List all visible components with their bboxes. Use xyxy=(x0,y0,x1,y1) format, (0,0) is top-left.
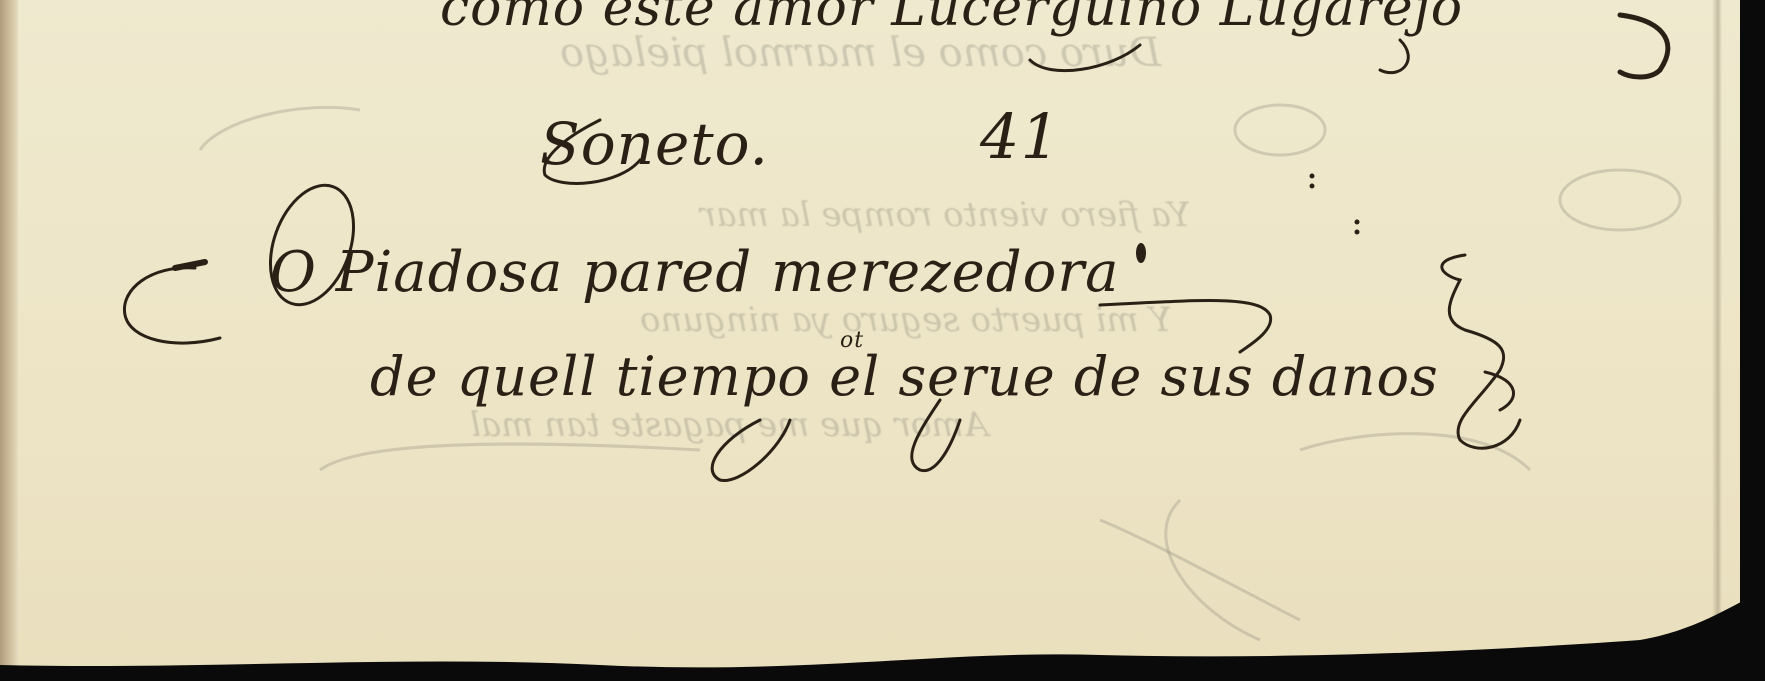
verse-line-2: de quell tiempo el serue de sus danos xyxy=(370,345,1439,408)
paper-sheet xyxy=(0,0,1740,681)
verse-line-1: O Piadosa pared merezedora xyxy=(270,240,1119,305)
page-edge-shadow xyxy=(1712,0,1722,640)
bleed-through-text: Y mi puerto seguro ya ninguno xyxy=(640,300,1172,340)
sonnet-number: 41 xyxy=(980,100,1061,173)
bleed-through-text: Ya fiero viento rompe la mar xyxy=(700,195,1191,235)
heading-label: Soneto. xyxy=(540,110,769,178)
binding-gutter xyxy=(0,0,18,681)
top-line-text: como este amor Lucerguino Lugarejo xyxy=(440,0,1463,38)
manuscript-scan: Duro como el marmol pielago Ya fiero vie… xyxy=(0,0,1765,681)
bleed-through-text: Amor que me pagaste tan mal xyxy=(470,405,988,445)
sonnet-heading: Soneto. xyxy=(540,110,769,178)
